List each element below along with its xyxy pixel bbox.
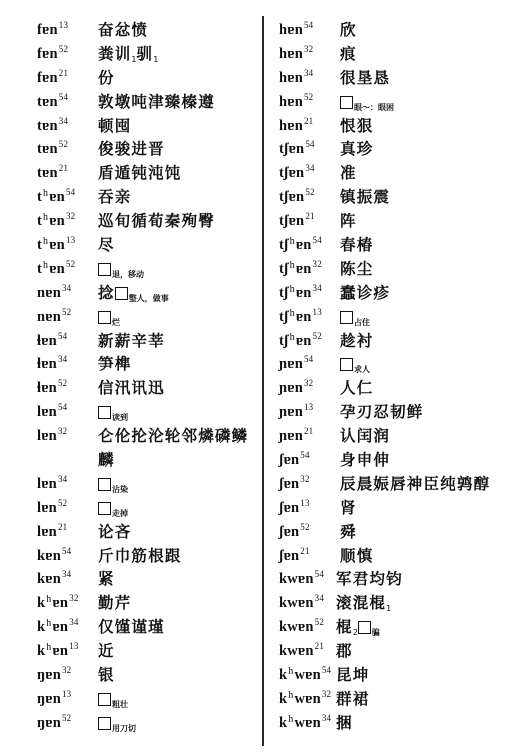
character-list: 群裙 — [336, 688, 369, 712]
aspiration-mark: h — [290, 236, 295, 247]
tone-number: 32 — [300, 474, 309, 484]
aspiration-mark: h — [46, 618, 51, 629]
ipa-initial: kɐn — [37, 571, 61, 587]
hanzi-text: 阵 — [340, 212, 357, 230]
ipa-initial: ɬɐn — [37, 356, 57, 372]
syllable-row: khɐn32勤芹 — [37, 592, 259, 616]
tone-number: 34 — [69, 617, 78, 627]
syllable-row: nɐn34捻整人，做事 — [37, 282, 259, 306]
ipa-syllable: ɬɐn34 — [37, 353, 67, 378]
ipa-rime: ɐn — [49, 261, 65, 277]
hanzi-text: 巡旬循荀秦殉臀 — [98, 212, 215, 230]
character-list: 蠢诊疹 — [340, 282, 390, 306]
ipa-syllable: hɐn21 — [279, 115, 313, 140]
tone-number: 32 — [304, 44, 313, 54]
syllable-row: khwɐn54昆坤 — [279, 664, 524, 688]
gloss-annotation: 整人，做事 — [129, 294, 169, 303]
ipa-syllable: lɐn21 — [37, 521, 67, 546]
tone-number: 13 — [62, 689, 71, 699]
syllable-row: ɲɐn13孕刃忍韧鲜 — [279, 401, 524, 425]
hanzi-text: 顺慎 — [340, 547, 373, 565]
tone-number: 54 — [66, 187, 75, 197]
tone-number: 54 — [58, 402, 67, 412]
aspiration-mark: h — [290, 308, 295, 319]
syllable-row: ŋɐn32银 — [37, 664, 259, 688]
ipa-syllable: kɐn34 — [37, 568, 71, 593]
syllable-row: thɐn52退，移动 — [37, 258, 259, 282]
ipa-initial: k — [279, 667, 287, 683]
syllable-row: tʃhɐn34蠢诊疹 — [279, 282, 524, 306]
variant-subscript: 1 — [386, 604, 391, 613]
syllable-row: ʃɐn54身申伸 — [279, 449, 524, 473]
gloss-annotation: 读到 — [112, 413, 128, 422]
aspiration-mark: h — [46, 594, 51, 605]
hanzi-text: 论吝 — [98, 523, 131, 541]
aspiration-mark: h — [43, 236, 48, 247]
character-list: 银 — [98, 664, 115, 688]
ipa-syllable: tʃɐn21 — [279, 210, 315, 235]
syllable-row: lɐn34沾染 — [37, 473, 259, 497]
syllable-row: hɐn34很垦恳 — [279, 67, 524, 91]
tone-number: 34 — [313, 283, 322, 293]
character-list: 趁衬 — [340, 330, 373, 354]
hanzi-text: 奋忿愤 — [98, 21, 148, 39]
ipa-initial: tɐn — [37, 94, 58, 110]
hanzi-text: 勤芹 — [98, 594, 131, 612]
character-list: 盾遁钝沌饨 — [98, 162, 182, 186]
hanzi-text: 尽 — [98, 236, 115, 254]
aspiration-mark: h — [290, 332, 295, 343]
ipa-syllable: khwɐn32 — [279, 688, 331, 713]
ipa-initial: ɬɐn — [37, 380, 57, 396]
ipa-rime: ɐn — [49, 237, 65, 253]
tone-number: 34 — [62, 569, 71, 579]
character-list: 巡旬循荀秦殉臀 — [98, 210, 215, 234]
syllable-row: lɐn32仑伦抡沦轮邻燐磷鳞 — [37, 425, 259, 449]
hanzi-text: 孕刃忍韧鲜 — [340, 403, 424, 421]
ipa-syllable: kwɐn21 — [279, 640, 324, 665]
hanzi-text: 肾 — [340, 499, 357, 517]
character-list: 勤芹 — [98, 592, 131, 616]
ipa-syllable: ʃɐn21 — [279, 545, 310, 570]
tone-number: 54 — [304, 20, 313, 30]
hanzi-text: 银 — [98, 666, 115, 684]
character-list: 舜 — [340, 521, 357, 545]
tone-number: 32 — [69, 593, 78, 603]
character-list: 尽 — [98, 234, 115, 258]
syllable-row: tʃhɐn54春椿 — [279, 234, 524, 258]
character-list: 辰晨娠唇神臣纯鹑醇 — [340, 473, 490, 497]
hanzi-text: 捻 — [98, 284, 115, 302]
character-list: 人仁 — [340, 377, 373, 401]
tone-number: 54 — [59, 92, 68, 102]
character-list: 很垦恳 — [340, 67, 390, 91]
ipa-syllable: ɲɐn54 — [279, 353, 313, 378]
character-list: 春椿 — [340, 234, 373, 258]
ipa-syllable: khɐn13 — [37, 640, 79, 665]
tone-number: 54 — [313, 235, 322, 245]
ipa-syllable: fɐn21 — [37, 67, 68, 92]
syllable-row: kwɐn52棍2骗 — [279, 616, 524, 640]
ipa-syllable: kwɐn54 — [279, 568, 324, 593]
hanzi-text: 群裙 — [336, 690, 369, 708]
tone-number: 52 — [62, 307, 71, 317]
character-list: 顿囤 — [98, 115, 131, 139]
syllable-row: hɐn52眼～：眼困 — [279, 91, 524, 115]
hanzi-text: 盾遁钝沌饨 — [98, 164, 182, 182]
ipa-syllable: ŋɐn13 — [37, 688, 71, 713]
syllable-row: ʃɐn13肾 — [279, 497, 524, 521]
syllable-row: fɐn52粪训1驯1 — [37, 43, 259, 67]
hanzi-text: 紧 — [98, 570, 115, 588]
ipa-initial: ɲɐn — [279, 356, 303, 372]
ipa-syllable: khɐn32 — [37, 592, 79, 617]
ipa-syllable: tɐn21 — [37, 162, 68, 187]
missing-character-box-icon — [98, 502, 111, 515]
syllable-row: tɐn34顿囤 — [37, 115, 259, 139]
tone-number: 52 — [313, 331, 322, 341]
syllable-row: khwɐn32群裙 — [279, 688, 524, 712]
syllable-row: ʃɐn21顺慎 — [279, 545, 524, 569]
missing-character-box-icon — [98, 478, 111, 491]
ipa-syllable: ɬɐn52 — [37, 377, 67, 402]
ipa-syllable: tʃhɐn54 — [279, 234, 322, 259]
character-list: 紧 — [98, 568, 115, 592]
ipa-syllable: tʃɐn52 — [279, 186, 315, 211]
ipa-initial: ɲɐn — [279, 404, 303, 420]
ipa-rime: wɐn — [294, 667, 320, 683]
character-list: 近 — [98, 640, 115, 664]
syllable-row: tɐn21盾遁钝沌饨 — [37, 162, 259, 186]
ipa-syllable: thɐn13 — [37, 234, 75, 259]
tone-number: 34 — [304, 68, 313, 78]
tone-number: 13 — [59, 20, 68, 30]
ipa-initial: t — [37, 237, 42, 253]
missing-character-box-icon — [340, 358, 353, 371]
missing-character-box-icon — [98, 717, 111, 730]
tone-number: 34 — [305, 163, 314, 173]
ipa-rime: ɐn — [296, 285, 312, 301]
syllable-row: tʃɐn52镇振震 — [279, 186, 524, 210]
tone-number: 52 — [66, 259, 75, 269]
tone-number: 34 — [58, 474, 67, 484]
ipa-rime: ɐn — [49, 213, 65, 229]
hanzi-text: 欣 — [340, 21, 357, 39]
ipa-syllable: tʃhɐn52 — [279, 330, 322, 355]
ipa-rime: wɐn — [294, 715, 320, 731]
tone-number: 21 — [304, 116, 313, 126]
hanzi-text: 很垦恳 — [340, 69, 390, 87]
ipa-initial: t — [37, 213, 42, 229]
character-list: 份 — [98, 67, 115, 91]
syllable-row: khɐn34仅馑谨瑾 — [37, 616, 259, 640]
syllable-row: thɐn13尽 — [37, 234, 259, 258]
ipa-initial: t — [37, 189, 42, 205]
ipa-syllable: hɐn54 — [279, 19, 313, 44]
ipa-initial: tʃ — [279, 333, 289, 349]
character-list: 新薪辛莘 — [98, 330, 165, 354]
aspiration-mark: h — [43, 260, 48, 271]
gloss-annotation: 沾染 — [112, 485, 128, 494]
hanzi-text: 俊骏进晋 — [98, 140, 165, 158]
syllable-row: kɐn54斤巾筋根跟 — [37, 545, 259, 569]
gloss-annotation: 骗 — [372, 628, 380, 637]
hanzi-text: 份 — [98, 69, 115, 87]
ipa-initial: ʃɐn — [279, 452, 299, 468]
tone-number: 32 — [58, 426, 67, 436]
aspiration-mark: h — [290, 284, 295, 295]
ipa-syllable: tɐn54 — [37, 91, 68, 116]
missing-character-box-icon — [98, 311, 111, 324]
character-list: 顺慎 — [340, 545, 373, 569]
ipa-syllable: thɐn32 — [37, 210, 75, 235]
character-list: 吞亲 — [98, 186, 131, 210]
character-list: 昆坤 — [336, 664, 369, 688]
ipa-initial: nɐn — [37, 309, 61, 325]
gloss-annotation: 走掉 — [112, 509, 128, 518]
tone-number: 21 — [305, 211, 314, 221]
syllable-row: fɐn21份 — [37, 67, 259, 91]
tone-number: 54 — [304, 354, 313, 364]
ipa-initial: tʃ — [279, 309, 289, 325]
missing-character-box-icon — [340, 96, 353, 109]
ipa-syllable: ŋɐn52 — [37, 712, 71, 737]
ipa-initial: lɐn — [37, 476, 57, 492]
ipa-initial: kwɐn — [279, 643, 314, 659]
tone-number: 54 — [322, 665, 331, 675]
ipa-initial: tʃ — [279, 261, 289, 277]
tone-number: 54 — [305, 139, 314, 149]
ipa-initial: hɐn — [279, 22, 303, 38]
ipa-syllable: kwɐn52 — [279, 616, 324, 641]
syllable-row: khɐn13近 — [37, 640, 259, 664]
aspiration-mark: h — [288, 690, 293, 701]
tone-number: 32 — [62, 665, 71, 675]
hanzi-text: 恨狠 — [340, 117, 373, 135]
tone-number: 21 — [59, 163, 68, 173]
ipa-initial: ɲɐn — [279, 428, 303, 444]
syllable-row: ɬɐn52信汛讯迅 — [37, 377, 259, 401]
ipa-syllable: ʃɐn13 — [279, 497, 310, 522]
hanzi-text: 军君均钧 — [336, 570, 403, 588]
missing-character-box-icon — [98, 263, 111, 276]
ipa-initial: k — [37, 595, 45, 611]
tone-number: 52 — [59, 139, 68, 149]
ipa-initial: ʃɐn — [279, 548, 299, 564]
hanzi-text: 滚混棍 — [336, 594, 386, 612]
syllable-row: fɐn13奋忿愤 — [37, 19, 259, 43]
ipa-syllable: tʃɐn34 — [279, 162, 315, 187]
ipa-rime: ɐn — [52, 643, 68, 659]
hanzi-text: 近 — [98, 642, 115, 660]
missing-character-box-icon — [115, 287, 128, 300]
tone-number: 34 — [59, 116, 68, 126]
ipa-initial: k — [279, 715, 287, 731]
tone-number: 52 — [58, 498, 67, 508]
hanzi-text: 粪训 — [98, 45, 131, 63]
syllable-table-right-column: hɐn54欣hɐn32痕hɐn34很垦恳hɐn52眼～：眼困hɐn21恨狠tʃɐ… — [279, 19, 524, 736]
ipa-syllable: fɐn52 — [37, 43, 68, 68]
hanzi-text: 镇振震 — [340, 188, 390, 206]
syllable-row: kwɐn34滚混棍1 — [279, 592, 524, 616]
character-list: 俊骏进晋 — [98, 138, 165, 162]
aspiration-mark: h — [46, 642, 51, 653]
ipa-syllable — [37, 449, 38, 474]
ipa-syllable: thɐn52 — [37, 258, 75, 283]
syllable-row: hɐn21恨狠 — [279, 115, 524, 139]
ipa-syllable: tɐn34 — [37, 115, 68, 140]
ipa-syllable: ʃɐn52 — [279, 521, 310, 546]
hanzi-text: 人仁 — [340, 379, 373, 397]
syllable-row: 麟 — [37, 449, 259, 473]
hanzi-text: 棍 — [336, 618, 353, 636]
syllable-row: nɐn52烂 — [37, 306, 259, 330]
ipa-syllable: lɐn34 — [37, 473, 67, 498]
syllable-row: tʃhɐn32陈尘 — [279, 258, 524, 282]
ipa-syllable: hɐn32 — [279, 43, 313, 68]
ipa-rime: ɐn — [296, 309, 312, 325]
syllable-row: tɐn52俊骏进晋 — [37, 138, 259, 162]
hanzi-text: 身申伸 — [340, 451, 390, 469]
character-list: 捆 — [336, 712, 353, 736]
syllable-row: kwɐn21郡 — [279, 640, 524, 664]
syllable-table-left-column: fɐn13奋忿愤fɐn52粪训1驯1fɐn21份tɐn54敦墩吨津臻榛遵tɐn3… — [37, 19, 259, 736]
variant-subscript: 1 — [153, 55, 158, 64]
character-list: 敦墩吨津臻榛遵 — [98, 91, 215, 115]
ipa-initial: ɲɐn — [279, 380, 303, 396]
ipa-syllable: khɐn34 — [37, 616, 79, 641]
syllable-row: tʃɐn34准 — [279, 162, 524, 186]
syllable-row: kɐn34紧 — [37, 568, 259, 592]
ipa-initial: lɐn — [37, 524, 57, 540]
character-list: 欣 — [340, 19, 357, 43]
syllable-row: ɲɐn54求人 — [279, 353, 524, 377]
ipa-initial: ɬɐn — [37, 333, 57, 349]
ipa-initial: fɐn — [37, 22, 58, 38]
tone-number: 34 — [315, 593, 324, 603]
ipa-syllable: hɐn34 — [279, 67, 313, 92]
hanzi-text: 趁衬 — [340, 332, 373, 350]
character-list: 肾 — [340, 497, 357, 521]
ipa-initial: ŋɐn — [37, 715, 61, 731]
character-list: 仑伦抡沦轮邻燐磷鳞 — [98, 425, 248, 449]
ipa-initial: tɐn — [37, 141, 58, 157]
hanzi-text: 捆 — [336, 714, 353, 732]
syllable-row: ŋɐn52用刀切 — [37, 712, 259, 736]
syllable-row: kwɐn54军君均钧 — [279, 568, 524, 592]
hanzi-text: 新薪辛莘 — [98, 332, 165, 350]
missing-character-box-icon — [98, 406, 111, 419]
ipa-rime: ɐn — [52, 595, 68, 611]
hanzi-text: 陈尘 — [340, 260, 373, 278]
ipa-initial: tʃɐn — [279, 165, 304, 181]
ipa-syllable: ŋɐn32 — [37, 664, 71, 689]
character-list: 准 — [340, 162, 357, 186]
hanzi-text: 信汛讯迅 — [98, 379, 165, 397]
gloss-annotation: 粗壮 — [112, 700, 128, 709]
ipa-initial: fɐn — [37, 46, 58, 62]
character-list: 认闰润 — [340, 425, 390, 449]
syllable-row: lɐn54读到 — [37, 401, 259, 425]
tone-number: 52 — [300, 522, 309, 532]
ipa-initial: k — [279, 691, 287, 707]
ipa-initial: lɐn — [37, 404, 57, 420]
gloss-annotation: 烂 — [112, 318, 120, 327]
tone-number: 32 — [313, 259, 322, 269]
ipa-initial: hɐn — [279, 94, 303, 110]
ipa-syllable: hɐn52 — [279, 91, 313, 116]
hanzi-text: 蠢诊疹 — [340, 284, 390, 302]
ipa-syllable: ɲɐn13 — [279, 401, 313, 426]
syllable-row: ɬɐn34笋榫 — [37, 353, 259, 377]
ipa-initial: lɐn — [37, 428, 57, 444]
hanzi-text: 笋榫 — [98, 355, 131, 373]
syllable-row: tɐn54敦墩吨津臻榛遵 — [37, 91, 259, 115]
syllable-row: ʃɐn52舜 — [279, 521, 524, 545]
tone-number: 13 — [66, 235, 75, 245]
syllable-row: lɐn21论吝 — [37, 521, 259, 545]
character-list: 痕 — [340, 43, 357, 67]
character-list: 郡 — [336, 640, 353, 664]
ipa-initial: hɐn — [279, 118, 303, 134]
ipa-syllable: fɐn13 — [37, 19, 68, 44]
hanzi-text: 敦墩吨津臻榛遵 — [98, 93, 215, 111]
character-list: 身申伸 — [340, 449, 390, 473]
character-list: 奋忿愤 — [98, 19, 148, 43]
ipa-initial: k — [37, 643, 45, 659]
ipa-initial: fɐn — [37, 70, 58, 86]
tone-number: 54 — [300, 450, 309, 460]
character-list: 笋榫 — [98, 353, 131, 377]
missing-character-box-icon — [340, 311, 353, 324]
syllable-row: tʃɐn54真珍 — [279, 138, 524, 162]
aspiration-mark: h — [288, 714, 293, 725]
missing-character-box-icon — [98, 693, 111, 706]
ipa-syllable: lɐn52 — [37, 497, 67, 522]
syllable-row: ʃɐn32辰晨娠唇神臣纯鹑醇 — [279, 473, 524, 497]
ipa-initial: kwɐn — [279, 619, 314, 635]
syllable-row: hɐn54欣 — [279, 19, 524, 43]
ipa-syllable: tʃɐn54 — [279, 138, 315, 163]
syllable-row: thɐn54吞亲 — [37, 186, 259, 210]
character-list: 军君均钧 — [336, 568, 403, 592]
character-list: 仅馑谨瑾 — [98, 616, 165, 640]
ipa-syllable: tʃhɐn13 — [279, 306, 322, 331]
ipa-initial: ŋɐn — [37, 691, 61, 707]
hanzi-text: 昆坤 — [336, 666, 369, 684]
tone-number: 52 — [304, 92, 313, 102]
ipa-initial: kɐn — [37, 548, 61, 564]
syllable-row: ɲɐn32人仁 — [279, 377, 524, 401]
ipa-initial: kwɐn — [279, 595, 314, 611]
ipa-initial: tʃɐn — [279, 189, 304, 205]
aspiration-mark: h — [290, 260, 295, 271]
tone-number: 52 — [58, 378, 67, 388]
ipa-initial: tɐn — [37, 118, 58, 134]
ipa-initial: tʃ — [279, 237, 289, 253]
gloss-annotation: 退，移动 — [112, 270, 144, 279]
ipa-initial: ŋɐn — [37, 667, 61, 683]
hanzi-text: 舜 — [340, 523, 357, 541]
ipa-syllable: ɲɐn21 — [279, 425, 313, 450]
ipa-syllable: thɐn54 — [37, 186, 75, 211]
hanzi-text: 郡 — [336, 642, 353, 660]
hanzi-text: 仅馑谨瑾 — [98, 618, 165, 636]
tone-number: 21 — [58, 522, 67, 532]
tone-number: 34 — [62, 283, 71, 293]
column-divider — [262, 16, 264, 746]
ipa-initial: tʃɐn — [279, 213, 304, 229]
